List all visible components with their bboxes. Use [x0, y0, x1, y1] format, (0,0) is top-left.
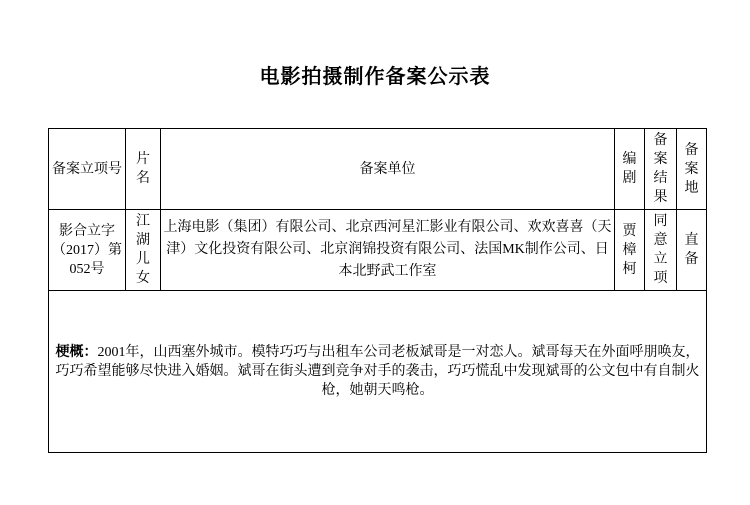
header-filing-place-label: 备案地 — [685, 141, 699, 198]
cell-screenwriter: 贾樟柯 — [615, 210, 645, 291]
header-filing-unit: 备案单位 — [161, 129, 615, 210]
screenwriter-value: 贾樟柯 — [623, 222, 637, 279]
header-filing-unit-label: 备案单位 — [360, 162, 416, 177]
header-filing-number-label: 备案立项号 — [52, 162, 122, 177]
header-screenwriter: 编剧 — [615, 129, 645, 210]
filing-number-value: 影合立字（2017）第052号 — [52, 224, 122, 277]
cell-filing-number: 影合立字（2017）第052号 — [49, 210, 126, 291]
header-filing-result: 备案结果 — [645, 129, 677, 210]
filing-table: 备案立项号 片名 备案单位 编剧 备案结果 备案地 影合立字（2017）第052… — [48, 128, 707, 453]
cell-filing-place: 直备 — [677, 210, 707, 291]
cell-filing-unit: 上海电影（集团）有限公司、北京西河星汇影业有限公司、欢欢喜喜（天津）文化投资有限… — [161, 210, 615, 291]
header-filing-number: 备案立项号 — [49, 129, 126, 210]
filing-unit-value: 上海电影（集团）有限公司、北京西河星汇影业有限公司、欢欢喜喜（天津）文化投资有限… — [164, 220, 612, 279]
header-film-title-label: 片名 — [136, 150, 150, 188]
header-filing-result-label: 备案结果 — [654, 131, 668, 207]
filing-place-value: 直备 — [685, 231, 699, 269]
filing-result-value: 同意立项 — [654, 212, 668, 288]
cell-filing-result: 同意立项 — [645, 210, 677, 291]
table-synopsis-row: 梗概：2001年，山西塞外城市。模特巧巧与出租车公司老板斌哥是一对恋人。斌哥每天… — [49, 291, 707, 453]
document-page: 电影拍摄制作备案公示表 备案立项号 片名 备案单位 编剧 备案结果 — [0, 0, 750, 505]
table-header-row: 备案立项号 片名 备案单位 编剧 备案结果 备案地 — [49, 129, 707, 210]
synopsis-text: 2001年，山西塞外城市。模特巧巧与出租车公司老板斌哥是一对恋人。斌哥每天在外面… — [56, 345, 700, 398]
synopsis-label: 梗概： — [56, 345, 98, 360]
cell-film-title: 江湖儿女 — [126, 210, 161, 291]
header-screenwriter-label: 编剧 — [623, 150, 637, 188]
film-title-value: 江湖儿女 — [136, 212, 150, 288]
page-title: 电影拍摄制作备案公示表 — [0, 60, 750, 89]
table-data-row: 影合立字（2017）第052号 江湖儿女 上海电影（集团）有限公司、北京西河星汇… — [49, 210, 707, 291]
header-filing-place: 备案地 — [677, 129, 707, 210]
header-film-title: 片名 — [126, 129, 161, 210]
cell-synopsis: 梗概：2001年，山西塞外城市。模特巧巧与出租车公司老板斌哥是一对恋人。斌哥每天… — [49, 291, 707, 453]
